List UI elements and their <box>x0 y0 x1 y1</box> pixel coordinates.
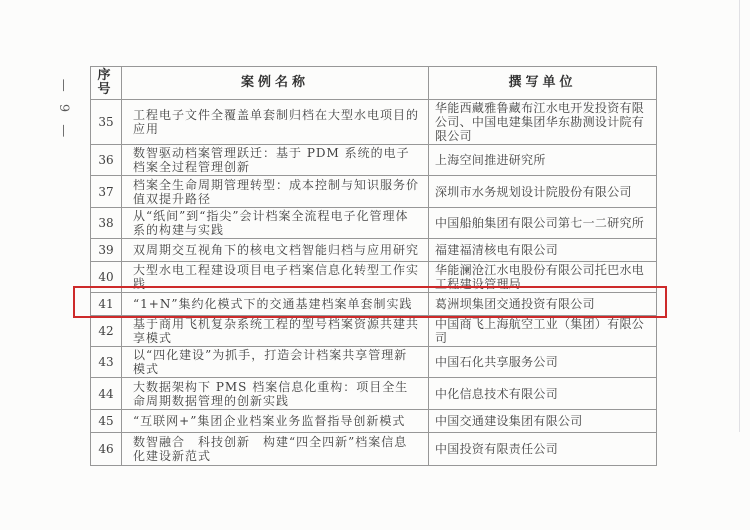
case-name-cell: 基于商用飞机复杂系统工程的型号档案资源共建共享模式 <box>122 316 429 347</box>
table-row: 35 工程电子文件全覆盖单套制归档在大型水电项目的应用 华能西藏雅鲁藏布江水电开… <box>91 100 657 145</box>
case-name-cell: 工程电子文件全覆盖单套制归档在大型水电项目的应用 <box>122 100 429 145</box>
writing-unit-cell: 华能西藏雅鲁藏布江水电开发投资有限公司、中国电建集团华东勘测设计院有限公司 <box>429 100 657 145</box>
case-no-cell: 36 <box>91 145 122 176</box>
writing-unit-cell: 福建福清核电有限公司 <box>429 239 657 262</box>
writing-unit-cell: 葛洲坝集团交通投资有限公司 <box>429 293 657 316</box>
page-number: — 9 — <box>53 68 71 152</box>
case-name-cell: 数智驱动档案管理跃迁：基于 PDM 系统的电子档案全过程管理创新 <box>122 145 429 176</box>
case-no-cell: 41 <box>91 293 122 316</box>
table-row-highlighted: 41 “1+N”集约化模式下的交通基建档案单套制实践 葛洲坝集团交通投资有限公司 <box>91 293 657 316</box>
case-no-cell: 45 <box>91 410 122 433</box>
writing-unit-cell: 上海空间推进研究所 <box>429 145 657 176</box>
case-name-cell: 大数据架构下 PMS 档案信息化重构：项目全生命周期数据管理的创新实践 <box>122 378 429 410</box>
table-row: 37 档案全生命周期管理转型：成本控制与知识服务价值双提升路径 深圳市水务规划设… <box>91 176 657 208</box>
table-row: 40 大型水电工程建设项目电子档案信息化转型工作实践 华能澜沧江水电股份有限公司… <box>91 262 657 293</box>
case-no-cell: 40 <box>91 262 122 293</box>
writing-unit-cell: 中国石化共享服务公司 <box>429 347 657 378</box>
header-no: 序号 <box>91 67 122 100</box>
case-no-cell: 39 <box>91 239 122 262</box>
case-no-cell: 38 <box>91 208 122 239</box>
writing-unit-cell: 深圳市水务规划设计院股份有限公司 <box>429 176 657 208</box>
case-no-cell: 37 <box>91 176 122 208</box>
table-row: 44 大数据架构下 PMS 档案信息化重构：项目全生命周期数据管理的创新实践 中… <box>91 378 657 410</box>
scanned-page-edge <box>739 0 740 432</box>
table-row: 45 “互联网+”集团企业档案业务监督指导创新模式 中国交通建设集团有限公司 <box>91 410 657 433</box>
case-name-cell: “互联网+”集团企业档案业务监督指导创新模式 <box>122 410 429 433</box>
header-case-name: 案例名称 <box>122 67 429 100</box>
case-name-cell: 双周期交互视角下的核电文档智能归档与应用研究 <box>122 239 429 262</box>
writing-unit-cell: 华能澜沧江水电股份有限公司托巴水电工程建设管理局 <box>429 262 657 293</box>
writing-unit-cell: 中国投资有限责任公司 <box>429 433 657 466</box>
case-name-cell: 大型水电工程建设项目电子档案信息化转型工作实践 <box>122 262 429 293</box>
case-no-cell: 44 <box>91 378 122 410</box>
writing-unit-cell: 中国商飞上海航空工业（集团）有限公司 <box>429 316 657 347</box>
writing-unit-cell: 中国交通建设集团有限公司 <box>429 410 657 433</box>
case-name-cell: 数智融合 科技创新 构建“四全四新”档案信息化建设新范式 <box>122 433 429 466</box>
case-name-cell: 以“四化建设”为抓手，打造会计档案共享管理新模式 <box>122 347 429 378</box>
case-name-cell: “1+N”集约化模式下的交通基建档案单套制实践 <box>122 293 429 316</box>
case-no-cell: 43 <box>91 347 122 378</box>
case-name-cell: 档案全生命周期管理转型：成本控制与知识服务价值双提升路径 <box>122 176 429 208</box>
case-no-cell: 35 <box>91 100 122 145</box>
case-no-cell: 42 <box>91 316 122 347</box>
case-name-cell: 从“纸间”到“指尖”会计档案全流程电子化管理体系的构建与实践 <box>122 208 429 239</box>
table-row: 38 从“纸间”到“指尖”会计档案全流程电子化管理体系的构建与实践 中国船舶集团… <box>91 208 657 239</box>
table-row: 42 基于商用飞机复杂系统工程的型号档案资源共建共享模式 中国商飞上海航空工业（… <box>91 316 657 347</box>
writing-unit-cell: 中国船舶集团有限公司第七一二研究所 <box>429 208 657 239</box>
table-row: 39 双周期交互视角下的核电文档智能归档与应用研究 福建福清核电有限公司 <box>91 239 657 262</box>
table-row: 36 数智驱动档案管理跃迁：基于 PDM 系统的电子档案全过程管理创新 上海空间… <box>91 145 657 176</box>
table-row: 46 数智融合 科技创新 构建“四全四新”档案信息化建设新范式 中国投资有限责任… <box>91 433 657 466</box>
case-no-cell: 46 <box>91 433 122 466</box>
table-header-row: 序号 案例名称 撰写单位 <box>91 67 657 100</box>
header-writing-unit: 撰写单位 <box>429 67 657 100</box>
writing-unit-cell: 中化信息技术有限公司 <box>429 378 657 410</box>
case-list-table: 序号 案例名称 撰写单位 35 工程电子文件全覆盖单套制归档在大型水电项目的应用… <box>90 66 657 466</box>
table-row: 43 以“四化建设”为抓手，打造会计档案共享管理新模式 中国石化共享服务公司 <box>91 347 657 378</box>
